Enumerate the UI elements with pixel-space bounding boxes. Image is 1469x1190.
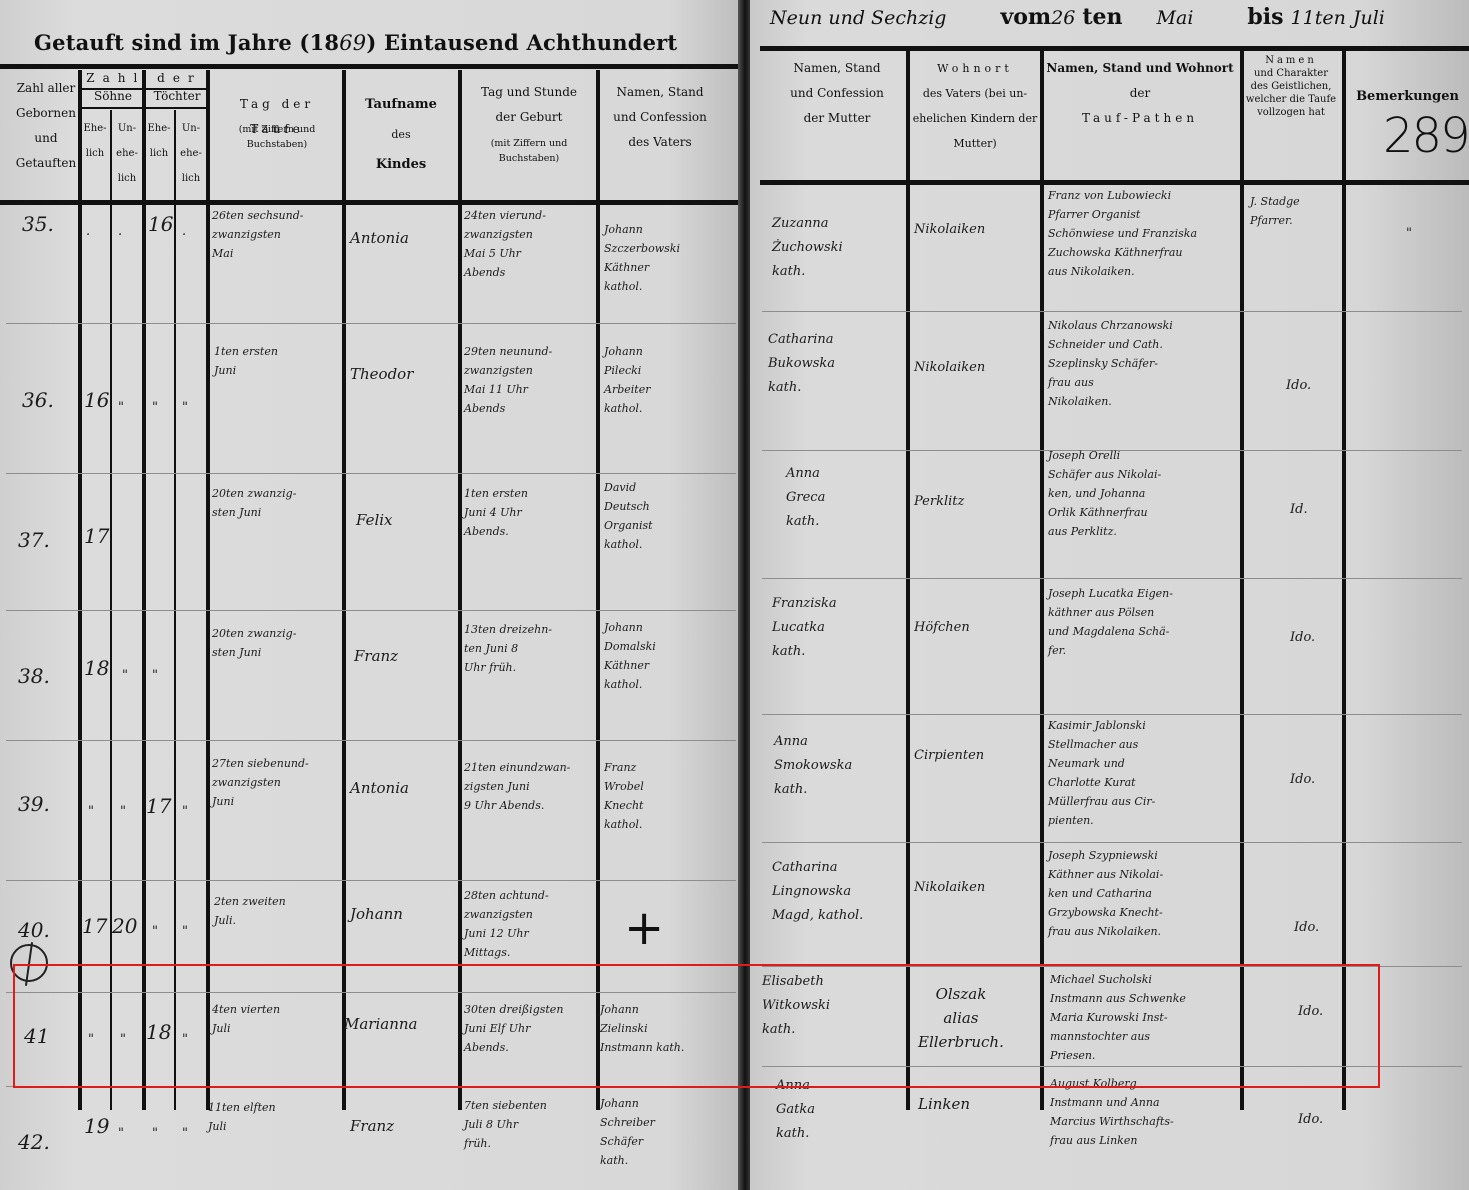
baptism-date: 4ten vierten Juli: [212, 1000, 280, 1038]
page-number: 289: [1383, 108, 1469, 164]
header-sons-legitimate: Ehe- lich: [80, 116, 110, 166]
title-until: bis: [1247, 4, 1283, 30]
row-separator: [6, 992, 736, 993]
baptism-date: 1ten ersten Juni: [214, 342, 278, 380]
header-text: Zahl aller: [14, 76, 78, 101]
sons-illegitimate: ": [118, 396, 124, 420]
father-info: David Deutsch Organist kathol.: [604, 478, 653, 554]
child-name: Felix: [356, 508, 393, 532]
residence: Nikolaiken: [914, 218, 985, 242]
header-text: der Geburt: [460, 105, 598, 130]
godparents-info: Joseph Lucatka Eigen- käthner aus Pölsen…: [1048, 584, 1173, 660]
header-text: Ehe-: [144, 116, 174, 141]
header-clergy: Namen und Charakter des Geistlichen, wel…: [1240, 54, 1342, 119]
row-number: 38.: [18, 664, 50, 688]
header-text: Ehe-: [80, 116, 110, 141]
baptism-date: 20ten zwanzig- sten Juni: [212, 484, 296, 522]
header-birth-date-note: (mit Ziffern und Buchstaben): [460, 136, 598, 166]
residence: Olszak alias Ellerbruch.: [918, 982, 1004, 1054]
header-daughters-illegitimate: Un- ehe- lich: [176, 116, 206, 191]
column-rule: [78, 70, 82, 1110]
header-sons-illegitimate: Un- ehe- lich: [112, 116, 142, 191]
row-separator: [762, 1066, 1462, 1067]
header-text: Namen: [1240, 54, 1342, 67]
child-name: Franz: [354, 644, 398, 668]
header-text: Namen, Stand und Wohnort: [1042, 56, 1238, 81]
header-text: Getauften: [14, 151, 78, 176]
row-separator: [6, 610, 736, 611]
row-separator: [762, 966, 1462, 967]
residence: Linken: [918, 1092, 970, 1116]
child-name: Theodor: [350, 362, 413, 386]
column-rule: [342, 70, 346, 1110]
child-name: Johann: [350, 902, 403, 926]
header-remarks: Bemerkungen: [1346, 84, 1469, 109]
row-separator: [6, 323, 736, 324]
header-text: und Confession: [600, 105, 720, 130]
header-text: ehe-: [112, 141, 142, 166]
header-godparents: Namen, Stand und Wohnort der Tauf-Pathen: [1042, 56, 1238, 131]
right-page: Neun und Sechzig vom26 ten Mai bis 11ten…: [750, 0, 1469, 1190]
child-name: Antonia: [350, 226, 409, 250]
column-rule: [206, 70, 210, 1110]
row-separator: [762, 714, 1462, 715]
title-from: vom: [1000, 4, 1051, 30]
header-text: Un-: [112, 116, 142, 141]
sons-illegitimate: ": [120, 800, 126, 824]
daughters-legitimate: ": [152, 1122, 158, 1146]
header-mother: Namen, Stand und Confession der Mutter: [764, 56, 910, 131]
mother-info: Anna Gatka kath.: [776, 1074, 815, 1146]
godparents-info: Franz von Lubowiecki Pfarrer Organist Sc…: [1048, 186, 1197, 281]
row-number: 36.: [22, 388, 54, 412]
column-rule: [1240, 50, 1244, 1110]
title-from-month: Mai: [1157, 7, 1194, 29]
daughters-illegitimate: ": [182, 920, 188, 944]
row-separator: [6, 880, 736, 881]
father-info: Johann Pilecki Arbeiter kathol.: [604, 342, 650, 418]
header-text: des Geistlichen,: [1240, 80, 1342, 93]
baptism-date: 2ten zweiten Juli.: [214, 892, 286, 930]
circle-annotation-mark: [10, 944, 48, 982]
father-cross-mark: +: [624, 904, 664, 952]
title-until-month: Juli: [1353, 7, 1385, 29]
godparents-info: Kasimir Jablonski Stellmacher aus Neumar…: [1048, 716, 1155, 830]
header-bottom-rule: [760, 180, 1469, 185]
daughters-legitimate: 18: [146, 1020, 171, 1044]
header-text: Mutter): [908, 131, 1042, 156]
daughters-illegitimate: ": [182, 1122, 188, 1146]
birth-date: 24ten vierund- zwanzigsten Mai 5 Uhr Abe…: [464, 206, 546, 282]
column-rule: [142, 70, 146, 1110]
title-until-day: 11ten: [1291, 7, 1346, 29]
header-birth-date: Tag und Stunde der Geburt: [460, 80, 598, 130]
clergy-info: Ido.: [1286, 374, 1311, 398]
column-rule: [1342, 50, 1346, 1110]
row-separator: [762, 311, 1462, 312]
remarks: ": [1406, 222, 1412, 246]
header-top-rule: [760, 46, 1469, 51]
sons-legitimate: .: [86, 220, 90, 244]
sons-illegitimate: ": [118, 1122, 124, 1146]
sons-illegitimate: ": [122, 664, 128, 688]
row-number: 37.: [18, 528, 50, 552]
sons-legitimate: 18: [84, 656, 109, 680]
header-text: Tauf-Pathen: [1042, 106, 1238, 131]
birth-date: 29ten neunund- zwanzigsten Mai 11 Uhr Ab…: [464, 342, 552, 418]
mother-info: Elisabeth Witkowski kath.: [762, 970, 830, 1042]
left-page: Getauft sind im Jahre (1869) Eintausend …: [0, 0, 742, 1190]
sons-legitimate: 16: [84, 388, 109, 412]
column-rule: [906, 50, 910, 1110]
daughters-legitimate: 16: [148, 212, 173, 236]
header-text: Kindes: [344, 150, 458, 180]
mother-info: Anna Greca kath.: [786, 462, 825, 534]
header-text: und Charakter: [1240, 67, 1342, 80]
clergy-info: Ido.: [1294, 916, 1319, 940]
residence: Höfchen: [914, 616, 970, 640]
header-child-name: Taufname des Kindes: [344, 90, 458, 180]
godparents-info: August Kolberg Instmann und Anna Marcius…: [1050, 1074, 1174, 1150]
clergy-info: Ido.: [1290, 626, 1315, 650]
header-sons: Söhne: [82, 84, 144, 109]
header-text: ehelichen Kindern der: [908, 106, 1042, 131]
row-number: 42.: [18, 1130, 50, 1154]
row-separator: [6, 1086, 736, 1087]
birth-date: 30ten dreißigsten Juni Elf Uhr Abends.: [464, 1000, 563, 1057]
title-printed-suffix: ) Eintausend Achthundert: [366, 30, 677, 55]
sons-legitimate: ": [88, 1028, 94, 1052]
clergy-info: J. Stadge Pfarrer.: [1250, 192, 1300, 230]
daughters-legitimate: ": [152, 664, 158, 688]
header-text: lich: [176, 166, 206, 191]
row-number: 35.: [22, 212, 54, 236]
title-ten: ten: [1082, 4, 1122, 30]
daughters-illegitimate: ": [182, 396, 188, 420]
birth-date: 1ten ersten Juni 4 Uhr Abends.: [464, 484, 528, 541]
sons-legitimate: ": [88, 800, 94, 824]
row-separator: [762, 578, 1462, 579]
father-info: Johann Szczerbowski Käthner kathol.: [604, 220, 680, 296]
godparents-info: Michael Sucholski Instmann aus Schwenke …: [1050, 970, 1186, 1065]
daughters-legitimate: ": [152, 396, 158, 420]
sons-illegitimate: 20: [112, 914, 137, 938]
row-separator: [6, 473, 736, 474]
birth-date: 28ten achtund- zwanzigsten Juni 12 Uhr M…: [464, 886, 549, 962]
header-text: Gebornen: [14, 101, 78, 126]
header-text: des Vaters: [600, 130, 720, 155]
father-info: Franz Wrobel Knecht kathol.: [604, 758, 644, 834]
mother-info: Anna Smokowska kath.: [774, 730, 852, 802]
header-text: Namen, Stand: [764, 56, 910, 81]
header-daughters: Töchter: [146, 84, 208, 109]
baptism-date: 27ten siebenund- zwanzigsten Juni: [212, 754, 309, 811]
child-name: Antonia: [350, 776, 409, 800]
title-year-words: Neun und Sechzig: [770, 7, 946, 29]
header-text: ehe-: [176, 141, 206, 166]
mother-info: Franziska Lucatka kath.: [772, 592, 837, 664]
child-name: Franz: [350, 1114, 394, 1138]
header-total-count: Zahl aller Gebornen und Getauften: [14, 76, 78, 176]
header-text: lich: [112, 166, 142, 191]
title-from-day: 26: [1051, 7, 1075, 29]
father-info: Johann Schreiber Schäfer kath.: [600, 1094, 655, 1170]
mother-info: Catharina Lingnowska Magd, kathol.: [772, 856, 863, 928]
header-text: Un-: [176, 116, 206, 141]
birth-date: 7ten siebenten Juli 8 Uhr früh.: [464, 1096, 547, 1153]
mother-info: Catharina Bukowska kath.: [768, 328, 835, 400]
header-baptism-date-note: (mit Ziffern und Buchstaben): [210, 122, 344, 152]
godparents-info: Joseph Szypniewski Käthner aus Nikolai- …: [1048, 846, 1163, 941]
daughters-illegitimate: .: [182, 220, 186, 244]
row-number: 40.: [18, 918, 50, 942]
residence: Perklitz: [914, 490, 964, 514]
child-name: Marianna: [344, 1012, 417, 1036]
header-text: der Mutter: [764, 106, 910, 131]
sons-illegitimate: .: [118, 220, 122, 244]
column-rule: [1040, 50, 1044, 1110]
header-text: Namen, Stand: [600, 80, 720, 105]
clergy-info: Ido.: [1298, 1108, 1323, 1132]
header-text: welcher die Taufe: [1240, 93, 1342, 106]
daughters-illegitimate: ": [182, 1028, 188, 1052]
row-separator: [6, 740, 736, 741]
header-text: Taufname: [344, 90, 458, 120]
header-text: der: [1042, 81, 1238, 106]
right-page-title: Neun und Sechzig vom26 ten Mai bis 11ten…: [770, 4, 1385, 30]
header-residence: Wohnort des Vaters (bei un- ehelichen Ki…: [908, 56, 1042, 156]
left-page-title: Getauft sind im Jahre (1869) Eintausend …: [34, 30, 677, 55]
godparents-info: Joseph Orelli Schäfer aus Nikolai- ken, …: [1048, 446, 1161, 541]
godparents-info: Nikolaus Chrzanowski Schneider und Cath.…: [1048, 316, 1173, 411]
row-number: 41: [24, 1024, 49, 1048]
title-year-handwritten: 69: [339, 31, 366, 55]
father-info: Johann Domalski Käthner kathol.: [604, 618, 656, 694]
baptism-date: 26ten sechsund- zwanzigsten Mai: [212, 206, 303, 263]
header-father: Namen, Stand und Confession des Vaters: [600, 80, 720, 155]
header-daughters-legitimate: Ehe- lich: [144, 116, 174, 166]
daughters-legitimate: 17: [146, 794, 171, 818]
daughters-illegitimate: ": [182, 800, 188, 824]
row-number: 39.: [18, 792, 50, 816]
residence: Nikolaiken: [914, 876, 985, 900]
column-rule: [458, 70, 462, 1110]
baptism-date: 20ten zwanzig- sten Juni: [212, 624, 296, 662]
clergy-info: Ido.: [1290, 768, 1315, 792]
header-text: und Confession: [764, 81, 910, 106]
sons-legitimate: 17: [82, 914, 107, 938]
header-text: Wohnort: [908, 56, 1042, 81]
clergy-info: Id.: [1290, 498, 1308, 522]
header-text: Tag und Stunde: [460, 80, 598, 105]
header-text: lich: [80, 141, 110, 166]
header-text: des Vaters (bei un-: [908, 81, 1042, 106]
father-info: Johann Zielinski Instmann kath.: [600, 1000, 684, 1057]
birth-date: 21ten einundzwan- zigsten Juni 9 Uhr Abe…: [464, 758, 570, 815]
sons-illegitimate: ": [120, 1028, 126, 1052]
header-text: lich: [144, 141, 174, 166]
daughters-legitimate: ": [152, 920, 158, 944]
header-text: des: [344, 120, 458, 150]
row-separator: [762, 842, 1462, 843]
residence: Cirpienten: [914, 744, 984, 768]
header-text: vollzogen hat: [1240, 106, 1342, 119]
birth-date: 13ten dreizehn- ten Juni 8 Uhr früh.: [464, 620, 552, 677]
title-printed-prefix: Getauft sind im Jahre (18: [34, 30, 339, 55]
sons-legitimate: 19: [84, 1114, 109, 1138]
header-text: und: [14, 126, 78, 151]
clergy-info: Ido.: [1298, 1000, 1323, 1024]
mother-info: Zuzanna Żuchowski kath.: [772, 212, 843, 284]
sons-legitimate: 17: [84, 524, 109, 548]
column-rule: [596, 70, 600, 1110]
baptism-date: 11ten elften Juli: [208, 1098, 276, 1136]
residence: Nikolaiken: [914, 356, 985, 380]
